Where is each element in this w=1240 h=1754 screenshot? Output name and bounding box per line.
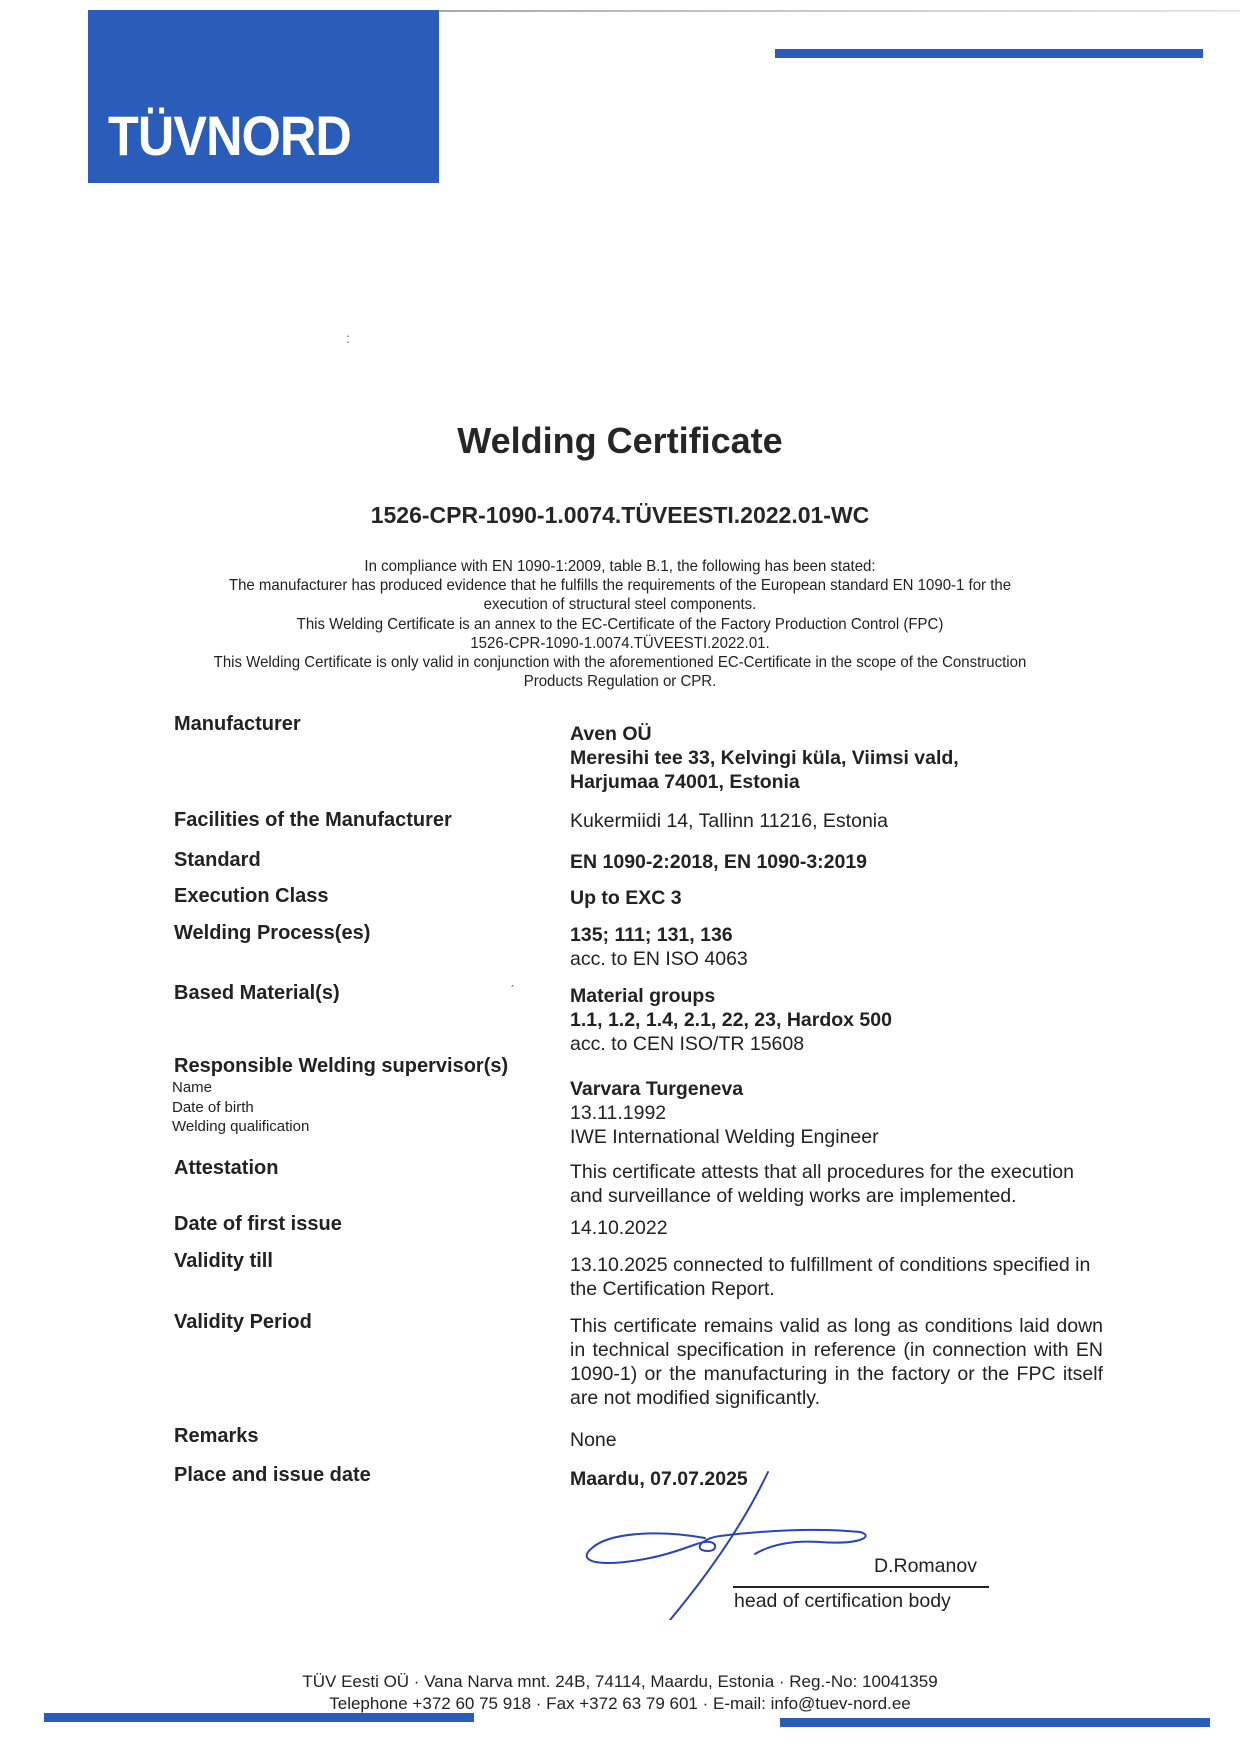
intro-line: Products Regulation or CPR.	[150, 672, 1090, 692]
material-groups-heading: Material groups	[570, 984, 1110, 1008]
footer-address: TÜV Eesti OÜ · Vana Narva mnt. 24B, 7411…	[0, 1671, 1240, 1693]
field-label: Welding Process(es)	[174, 922, 370, 945]
supervisor-qualification: IWE International Welding Engineer	[570, 1125, 1110, 1149]
field-value: EN 1090-2:2018, EN 1090-3:2019	[570, 850, 1110, 874]
field-value: 13.10.2025 connected to fulfillment of c…	[570, 1253, 1105, 1301]
field-label: Place and issue date	[174, 1464, 371, 1487]
field-label: Validity till	[174, 1250, 273, 1273]
intro-line: This Welding Certificate is an annex to …	[150, 614, 1090, 634]
intro-line: The manufacturer has produced evidence t…	[150, 576, 1090, 596]
page-title: Welding Certificate	[0, 420, 1240, 462]
certificate-number: 1526-CPR-1090-1.0074.TÜVEESTI.2022.01-WC	[0, 502, 1240, 529]
field-label: Based Material(s)	[174, 982, 340, 1005]
material-groups-value: 1.1, 1.2, 1.4, 2.1, 22, 23, Hardox 500	[570, 1008, 1110, 1032]
footer-accent-bar-right	[780, 1718, 1210, 1727]
material-groups-note: acc. to CEN ISO/TR 15608	[570, 1032, 1110, 1056]
field-label: Responsible Welding supervisor(s)	[174, 1055, 508, 1078]
field-value: Up to EXC 3	[570, 886, 1110, 910]
field-label: Standard	[174, 849, 261, 872]
footer-accent-bar-left	[44, 1713, 474, 1722]
signatory-role: head of certification body	[734, 1590, 951, 1613]
field-value: None	[570, 1428, 1110, 1452]
signatory-name: D.Romanov	[874, 1555, 977, 1578]
field-label: Date of first issue	[174, 1213, 342, 1236]
field-label: Attestation	[174, 1157, 278, 1180]
field-value: Aven OÜ Meresihi tee 33, Kelvingi küla, …	[570, 722, 1110, 794]
sublabel-name: Name	[172, 1078, 309, 1098]
footer-contact: Telephone +372 60 75 918 · Fax +372 63 7…	[0, 1693, 1240, 1715]
field-value: Material groups 1.1, 1.2, 1.4, 2.1, 22, …	[570, 984, 1110, 1056]
field-value: 14.10.2022	[570, 1216, 1110, 1240]
intro-line: This Welding Certificate is only valid i…	[150, 653, 1090, 673]
field-label: Manufacturer	[174, 713, 301, 736]
footer: TÜV Eesti OÜ · Vana Narva mnt. 24B, 7411…	[0, 1671, 1240, 1715]
tuv-nord-logo: TÜVNORD	[88, 10, 439, 183]
field-label: Execution Class	[174, 885, 329, 908]
manufacturer-name: Aven OÜ	[570, 722, 1110, 746]
supervisor-dob: 13.11.1992	[570, 1101, 1110, 1125]
field-value: This certificate remains valid as long a…	[570, 1314, 1103, 1410]
welding-process-codes: 135; 111; 131, 136	[570, 923, 1110, 947]
scan-speck: ˊ	[510, 982, 515, 998]
field-value: Varvara Turgeneva 13.11.1992 IWE Interna…	[570, 1077, 1110, 1149]
field-value: Kukermiidi 14, Tallinn 11216, Estonia	[570, 809, 1110, 833]
field-label: Facilities of the Manufacturer	[174, 809, 452, 832]
manufacturer-address-line2: Harjumaa 74001, Estonia	[570, 770, 1110, 794]
intro-statement: In compliance with EN 1090-1:2009, table…	[150, 557, 1090, 691]
intro-line: In compliance with EN 1090-1:2009, table…	[150, 557, 1090, 577]
field-value: 135; 111; 131, 136 acc. to EN ISO 4063	[570, 923, 1110, 971]
field-label: Validity Period	[174, 1311, 312, 1334]
logo-text: TÜVNORD	[108, 108, 351, 164]
field-value: This certificate attests that all proced…	[570, 1160, 1105, 1208]
supervisor-name: Varvara Turgeneva	[570, 1077, 1110, 1101]
intro-line: execution of structural steel components…	[150, 595, 1090, 615]
header-accent-bar	[775, 49, 1203, 58]
welding-process-note: acc. to EN ISO 4063	[570, 947, 1110, 971]
sublabel-dob: Date of birth	[172, 1098, 309, 1118]
scan-speck: :	[346, 330, 350, 346]
signature-line	[733, 1586, 989, 1588]
manufacturer-address-line1: Meresihi tee 33, Kelvingi küla, Viimsi v…	[570, 746, 1110, 770]
intro-line: 1526-CPR-1090-1.0074.TÜVEESTI.2022.01.	[150, 633, 1090, 653]
field-label: Remarks	[174, 1425, 259, 1448]
supervisor-sublabels: Name Date of birth Welding qualification	[172, 1078, 309, 1137]
sublabel-qualification: Welding qualification	[172, 1117, 309, 1137]
